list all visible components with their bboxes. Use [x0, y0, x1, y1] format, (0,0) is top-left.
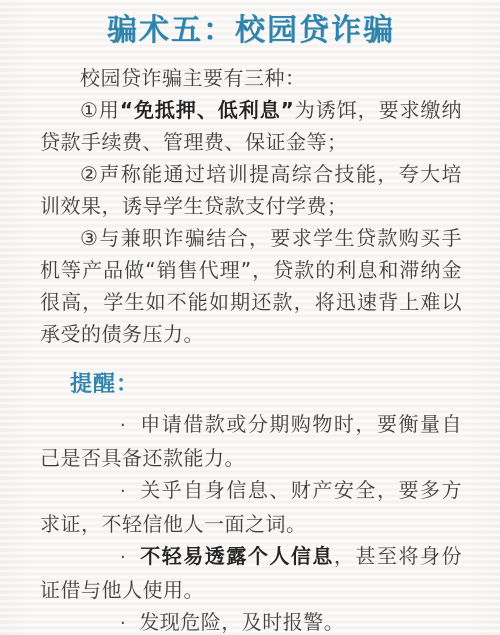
reminder-list: ·申请借款或分期购物时，要衡量自己是否具备还款能力。 ·关乎自身信息、财产安全，… [40, 408, 462, 635]
scam-method-1-highlight: “免抵押、低利息” [120, 98, 294, 122]
reminder-item-4-text: 发现危险，及时报警。 [139, 610, 344, 634]
article-page: 骗术五：校园贷诈骗 校园贷诈骗主要有三种： ①用“免抵押、低利息”为诱饵，要求缴… [0, 0, 500, 635]
scam-description: 校园贷诈骗主要有三种： ①用“免抵押、低利息”为诱饵，要求缴纳贷款手续费、管理费… [40, 62, 462, 350]
reminder-item-2: ·关乎自身信息、财产安全，要多方求证，不轻信他人一面之词。 [40, 474, 462, 540]
bullet-dot-icon: · [80, 476, 126, 508]
reminder-item-1: ·申请借款或分期购物时，要衡量自己是否具备还款能力。 [40, 408, 462, 474]
scam-method-3: ③与兼职诈骗结合，要求学生贷款购买手机等产品做“销售代理”，贷款的利息和滞纳金很… [40, 222, 462, 350]
scam-method-2: ②声称能通过培训提高综合技能，夸大培训效果，诱导学生贷款支付学费； [40, 158, 462, 222]
reminder-heading: 提醒： [40, 368, 462, 402]
bullet-dot-icon: · [80, 608, 126, 635]
reminder-item-4: ·发现危险，及时报警。 [40, 606, 462, 635]
bullet-dot-icon: · [80, 410, 126, 442]
bullet-dot-icon: · [80, 542, 126, 574]
reminder-item-3-highlight: 不轻易透露个人信息 [139, 544, 334, 568]
reminder-item-3: ·不轻易透露个人信息，甚至将身份证借与他人使用。 [40, 540, 462, 606]
intro-paragraph: 校园贷诈骗主要有三种： [40, 62, 462, 94]
scam-method-1: ①用“免抵押、低利息”为诱饵，要求缴纳贷款手续费、管理费、保证金等； [40, 94, 462, 158]
scam-method-1-pre: ①用 [80, 98, 120, 122]
page-title: 骗术五：校园贷诈骗 [40, 12, 462, 50]
